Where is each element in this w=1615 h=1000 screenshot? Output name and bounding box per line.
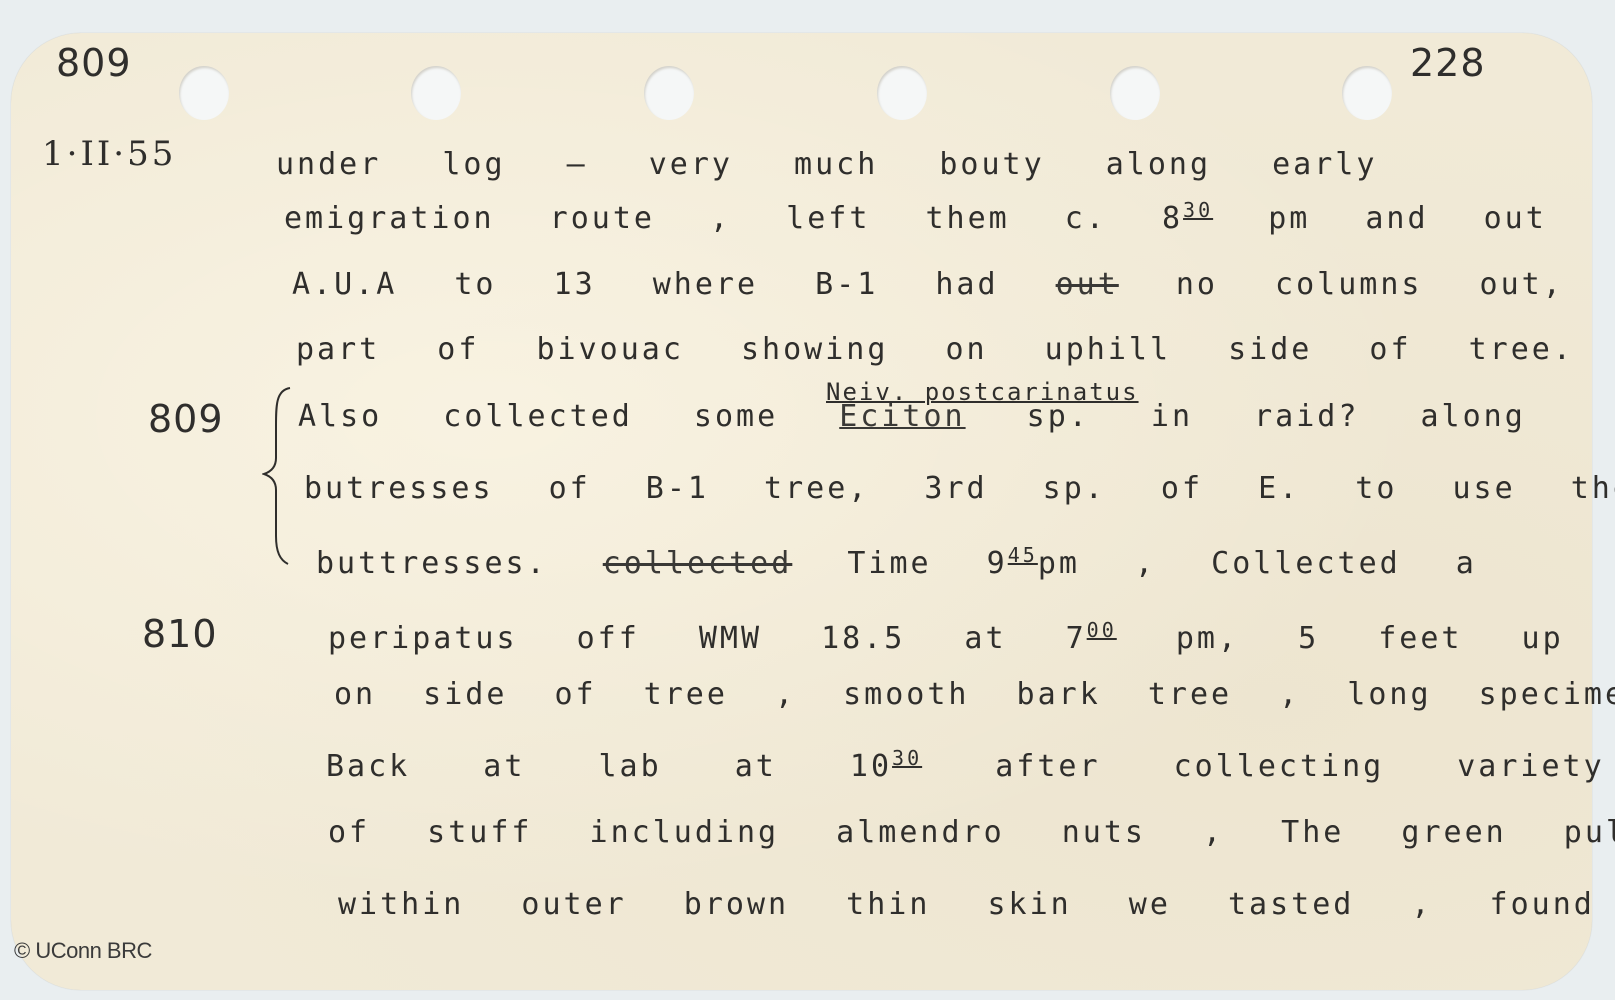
entry-809-line-3: buttresses. collected Time 945pm , Colle…: [316, 545, 1477, 579]
text-segment: A.U.A to 13 where B-1 had: [292, 267, 999, 302]
time-superscript: 45: [1008, 543, 1038, 567]
top-left-number: 809: [56, 44, 132, 82]
text-segment: peripatus off WMW 18.5 at 7: [328, 621, 1087, 656]
text-line-4: part of bivouac showing on uphill side o…: [296, 335, 1574, 365]
entry-number-809: 809: [148, 400, 224, 438]
time-superscript: 30: [1183, 198, 1213, 222]
text-segment: Time 9: [847, 546, 1007, 581]
binder-hole: [179, 66, 229, 120]
binder-hole: [877, 66, 927, 120]
time-superscript: 30: [892, 746, 922, 770]
binder-hole: [644, 66, 694, 120]
text-segment: pm, 5 feet up: [1176, 621, 1564, 656]
entry-date: 1·II·55: [42, 137, 176, 171]
binder-hole: [411, 66, 461, 120]
time-superscript: 00: [1087, 618, 1117, 642]
struck-word: out: [1056, 267, 1119, 302]
text-segment: pm , Collected a: [1038, 546, 1477, 581]
text-segment: after collecting variety: [995, 749, 1604, 784]
entry-809-line-1: Also collected some Eciton sp. in raid? …: [298, 402, 1526, 432]
entry-810-line-2: on side of tree , smooth bark tree , lon…: [334, 680, 1615, 710]
text-line-1: under log – very much bouty along early: [276, 150, 1377, 180]
text-line-2: emigration route , left them c. 830 pm a…: [284, 200, 1547, 234]
curly-brace-icon: [262, 386, 292, 566]
binder-hole: [1342, 66, 1392, 120]
struck-word: collected: [603, 546, 793, 581]
entry-810-line-3: Back at lab at 1030 after collecting var…: [326, 748, 1605, 782]
text-segment: emigration route , left them c. 8: [284, 201, 1183, 236]
entry-810-line-1: peripatus off WMW 18.5 at 700 pm, 5 feet…: [328, 620, 1564, 654]
struck-word: Eciton: [839, 399, 965, 434]
text-line-3: A.U.A to 13 where B-1 had out no columns…: [292, 270, 1564, 300]
entry-810-line-5: within outer brown thin skin we tasted ,…: [338, 890, 1615, 920]
entry-810-line-4: of stuff including almendro nuts , The g…: [328, 818, 1615, 848]
text-segment: buttresses.: [316, 546, 548, 581]
text-segment: Also collected some: [298, 399, 778, 434]
entry-number-810: 810: [142, 615, 218, 653]
text-segment: no columns out,: [1176, 267, 1564, 302]
text-segment: pm and out: [1268, 201, 1547, 236]
entry-809-line-2: butresses of B-1 tree, 3rd sp. of E. to …: [304, 474, 1615, 504]
text-segment: sp. in raid? along: [1027, 399, 1526, 434]
text-segment: Back at lab at 10: [326, 749, 892, 784]
binder-hole: [1110, 66, 1160, 120]
page-number: 228: [1410, 44, 1486, 82]
copyright-watermark: © UConn BRC: [14, 938, 152, 964]
